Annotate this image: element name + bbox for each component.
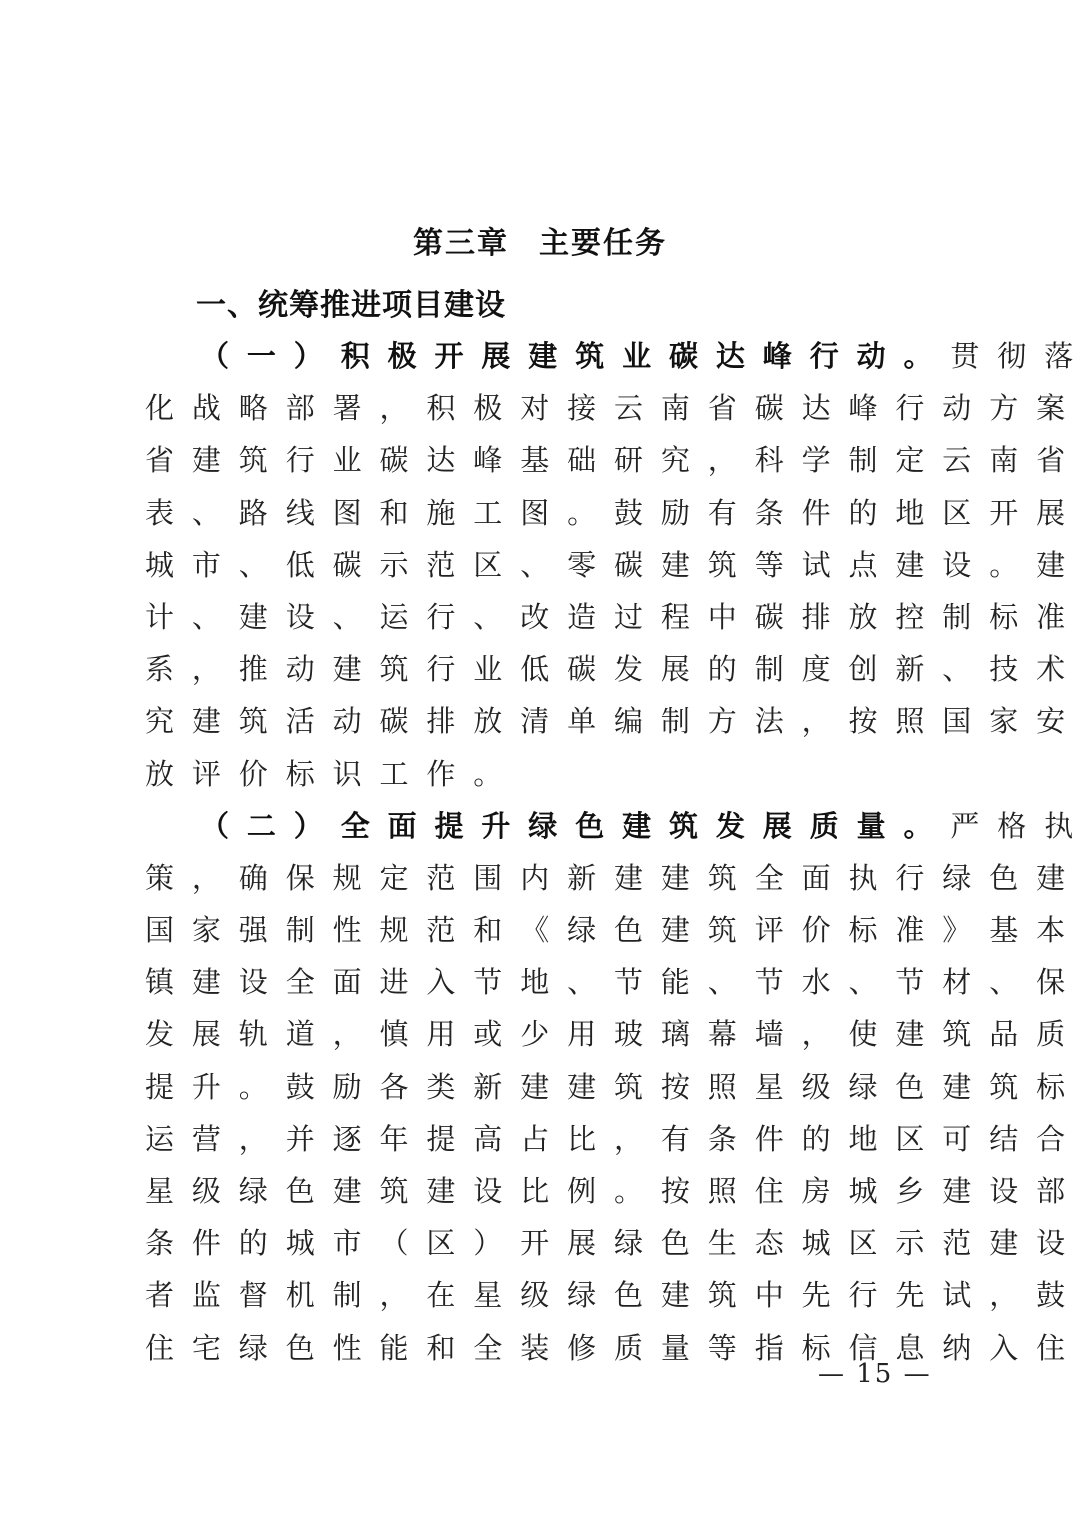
text-line: 提升。鼓励各类新建建筑按照星级绿色建筑标准进行设计、建设和 bbox=[145, 1061, 965, 1113]
text-line: 发展轨道，慎用或少用玻璃幕墙，使建筑品质和人居环境得到明显 bbox=[145, 1008, 965, 1060]
text-line: 城市、低碳示范区、零碳建筑等试点建设。建立完善建筑规划、设 bbox=[145, 539, 965, 591]
text-line: 化战略部署，积极对接云南省碳达峰行动方案，牵头组织开展云南 bbox=[145, 382, 965, 434]
paragraph-1-first-line: （一）积极开展建筑业碳达峰行动。贯彻落实国家应对气候变 bbox=[145, 330, 965, 382]
text-line: 系，推动建筑行业低碳发展的制度创新、技术创新和工程创新。研 bbox=[145, 643, 965, 695]
text-line: 计、建设、运行、改造过程中碳排放控制标准、技术及产业支撑体 bbox=[145, 591, 965, 643]
text-line: 国家强制性规范和《绿色建筑评价标准》基本级要求。推动全省城 bbox=[145, 904, 965, 956]
chapter-name: 主要任务 bbox=[539, 226, 667, 261]
body-text: （一）积极开展建筑业碳达峰行动。贯彻落实国家应对气候变 化战略部署，积极对接云南… bbox=[145, 330, 965, 1374]
text-line: 星级绿色建筑建设比例。按照住房城乡建设部的安排部署，组织有 bbox=[145, 1165, 965, 1217]
page-number: — 15 — bbox=[818, 1356, 932, 1392]
text-line: 镇建设全面进入节地、节能、节水、节材、保护环境和减少污染的 bbox=[145, 956, 965, 1008]
paragraph-1-lead: （一）积极开展建筑业碳达峰行动。 bbox=[200, 339, 950, 373]
paragraph-2-lead: （二）全面提升绿色建筑发展质量。 bbox=[200, 809, 950, 843]
text-line: 条件的城市（区）开展绿色生态城区示范建设。推进绿色住宅使用 bbox=[145, 1217, 965, 1269]
text-line: 究建筑活动碳排放清单编制方法，按照国家安排部署推进建筑碳排 bbox=[145, 695, 965, 747]
chapter-number: 第三章 bbox=[413, 226, 509, 261]
paragraph-2-first-line: （二）全面提升绿色建筑发展质量。严格执行绿色建筑推广政 bbox=[145, 800, 965, 852]
text-line: 表、路线图和施工图。鼓励有条件的地区开展建筑碳排放达峰试点 bbox=[145, 487, 965, 539]
text-line: 策，确保规定范围内新建建筑全面执行绿色建筑标准，并至少达到 bbox=[145, 852, 965, 904]
paragraph-1-first-line-rest: 贯彻落实国家应对气候变 bbox=[950, 339, 1080, 373]
text-line: 运营，并逐年提高占比，有条件的地区可结合本地实际，适当提高 bbox=[145, 1113, 965, 1165]
text-line: 者监督机制，在星级绿色建筑中先行先试，鼓励将绿色建筑等级、 bbox=[145, 1269, 965, 1321]
text-line: 放评价标识工作。 bbox=[145, 748, 965, 800]
text-line: 省建筑行业碳达峰基础研究，科学制定云南省建筑行业碳达峰时间 bbox=[145, 434, 965, 486]
document-page: 第三章主要任务 一、统筹推进项目建设 （一）积极开展建筑业碳达峰行动。贯彻落实国… bbox=[0, 0, 1080, 1527]
chapter-title: 第三章主要任务 bbox=[0, 222, 1080, 266]
section-heading: 一、统筹推进项目建设 bbox=[196, 286, 506, 326]
paragraph-2-first-line-rest: 严格执行绿色建筑推广政 bbox=[950, 809, 1080, 843]
